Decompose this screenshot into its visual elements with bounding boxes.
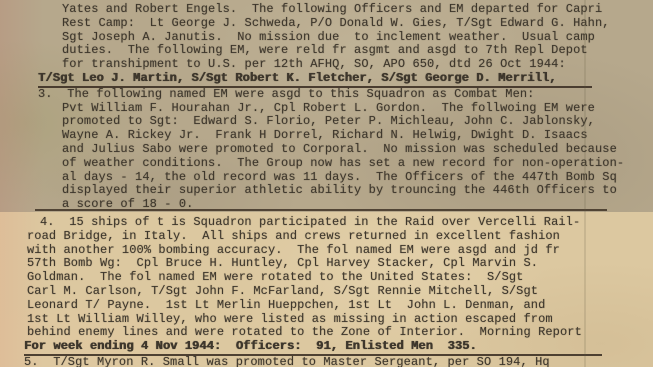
section-divider-rule [35,209,607,211]
scan-section-top: Yates and Robert Engels. The following O… [0,0,653,212]
text-line: Wayne A. Rickey Jr. Frank H Dorrel, Rich… [0,129,653,143]
text-line: Rest Camp: Lt George J. Schweda, P/O Don… [0,17,653,31]
morning-report-underlined-line: For week ending 4 Nov 1944: Officers: 91… [24,340,602,356]
text-line: and Julius Sabo were promoted to Corpora… [0,143,653,157]
paragraph-4-heading-line: 4. 15 ships of t is Squadron participate… [0,216,653,230]
transfer-roster-underlined-line: T/Sgt Leo J. Martin, S/Sgt Robert K. Fle… [38,72,592,88]
paragraph-5-heading-line: 5. T/Sgt Myron R. Small was promoted to … [0,356,653,367]
paragraph-3-heading-line: 3. The following named EM were asgd to t… [0,88,653,102]
text-line: Leonard T/ Payne. 1st Lt Merlin Hueppche… [0,299,653,313]
text-line: Carl M. Carlson, T/Sgt John F. McFarland… [0,285,653,299]
scan-section-bottom: 4. 15 ships of t is Squadron participate… [0,212,653,367]
text-line: Goldman. The fol named EM were rotated t… [0,271,653,285]
document-scan: Yates and Robert Engels. The following O… [0,0,653,367]
text-line: of weather conditions. The Group now has… [0,157,653,171]
text-line: road Bridge, in Italy. All ships and cre… [0,230,653,244]
text-line: for transhipment to U.S. per 12th AFHQ, … [0,58,653,72]
text-line: Yates and Robert Engels. The following O… [0,3,653,17]
vertical-fold-line [584,0,586,367]
